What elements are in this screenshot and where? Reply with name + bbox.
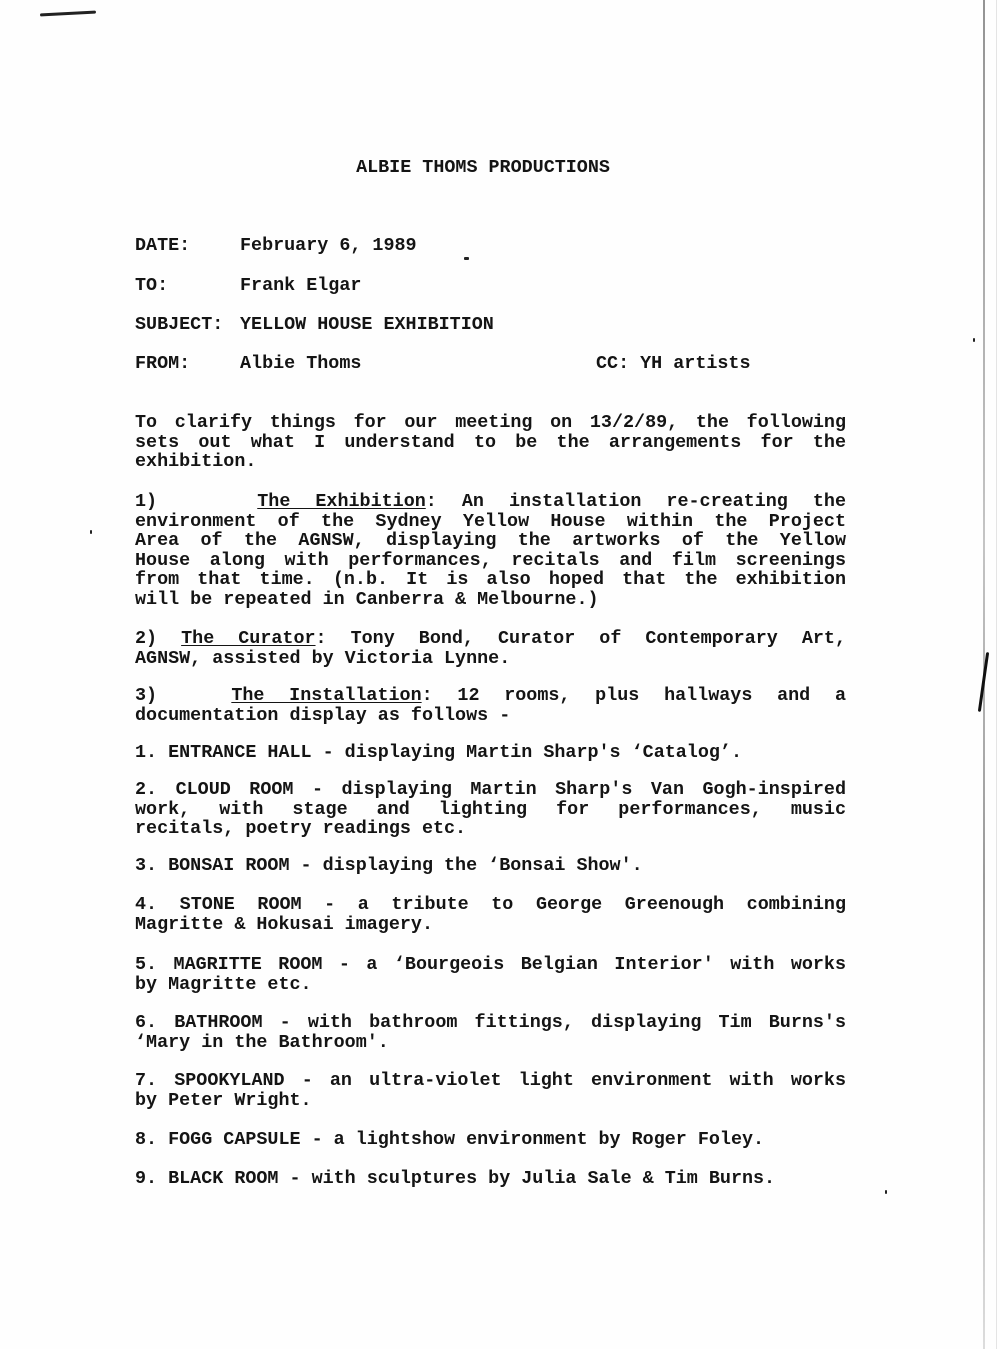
pen-mark [40, 11, 96, 17]
room-item-6: 6. BATHROOM - with bathroom fittings, di… [135, 1013, 846, 1052]
ink-speck [885, 1190, 887, 1194]
room-line: recitals, poetry readings etc. [135, 819, 846, 839]
paragraph-line: sets out what I understand to be the arr… [135, 433, 846, 453]
paragraph-line: exhibition. [135, 452, 846, 472]
room-line: Magritte & Hokusai imagery. [135, 915, 846, 935]
room-line: work, with stage and lighting for perfor… [135, 800, 846, 820]
room-line: 2. CLOUD ROOM - displaying Martin Sharp'… [135, 780, 846, 800]
section-exhibition: 1) The Exhibition: An installation re-cr… [135, 492, 846, 610]
memo-from-row: FROM:Albie Thoms [135, 354, 361, 374]
scan-edge-line [996, 0, 997, 1349]
memo-date-row: DATE:February 6, 1989 [135, 236, 417, 256]
ink-speck [90, 530, 92, 534]
from-value: Albie Thoms [240, 354, 361, 374]
section-number: 3) [135, 685, 157, 706]
room-line: ‘Mary in the Bathroom'. [135, 1033, 846, 1053]
room-item-2: 2. CLOUD ROOM - displaying Martin Sharp'… [135, 780, 846, 839]
section-title: The Installation [231, 685, 421, 706]
section-first-line-text: : 12 rooms, plus hallways and a [422, 685, 846, 706]
section-installation: 3) The Installation: 12 rooms, plus hall… [135, 686, 846, 725]
section-first-line-text: : An installation re-creating the [426, 491, 846, 512]
room-item-1: 1. ENTRANCE HALL - displaying Martin Sha… [135, 743, 846, 763]
room-item-9: 9. BLACK ROOM - with sculptures by Julia… [135, 1169, 846, 1189]
section-first-line-text: : Tony Bond, Curator of Contemporary Art… [316, 628, 846, 649]
memo-subject-row: SUBJECT:YELLOW HOUSE EXHIBITION [135, 315, 494, 335]
date-value: February 6, 1989 [240, 236, 417, 256]
date-label: DATE: [135, 236, 240, 256]
memo-to-row: TO:Frank Elgar [135, 276, 361, 296]
room-line: by Peter Wright. [135, 1091, 846, 1111]
scanned-memo-page: ALBIE THOMS PRODUCTIONS DATE:February 6,… [0, 0, 1000, 1349]
room-line: 8. FOGG CAPSULE - a lightshow environmen… [135, 1130, 846, 1150]
section-number: 1) [135, 491, 157, 512]
letterhead-title: ALBIE THOMS PRODUCTIONS [0, 158, 966, 178]
paragraph-line: Area of the AGNSW, displaying the artwor… [135, 531, 846, 551]
memo-cc: CC: YH artists [596, 354, 751, 374]
paragraph-line: environment of the Sydney Yellow House w… [135, 512, 846, 532]
subject-value: YELLOW HOUSE EXHIBITION [240, 315, 494, 335]
section-title: The Exhibition [257, 491, 426, 512]
from-label: FROM: [135, 354, 240, 374]
room-line: 4. STONE ROOM - a tribute to George Gree… [135, 895, 846, 915]
paragraph-line: To clarify things for our meeting on 13/… [135, 413, 846, 433]
room-item-3: 3. BONSAI ROOM - displaying the ‘Bonsai … [135, 856, 846, 876]
room-line: 7. SPOOKYLAND - an ultra-violet light en… [135, 1071, 846, 1091]
room-line: 3. BONSAI ROOM - displaying the ‘Bonsai … [135, 856, 846, 876]
room-line: 5. MAGRITTE ROOM - a ‘Bourgeois Belgian … [135, 955, 846, 975]
section-number: 2) [135, 628, 157, 649]
subject-label: SUBJECT: [135, 315, 240, 335]
section-curator: 2) The Curator: Tony Bond, Curator of Co… [135, 629, 846, 668]
room-item-4: 4. STONE ROOM - a tribute to George Gree… [135, 895, 846, 934]
ink-speck [464, 257, 469, 260]
intro-paragraph: To clarify things for our meeting on 13/… [135, 413, 846, 472]
room-line: by Magritte etc. [135, 975, 846, 995]
section-first-line: 1) The Exhibition: An installation re-cr… [135, 492, 846, 512]
section-title: The Curator [181, 628, 315, 649]
section-first-line: 3) The Installation: 12 rooms, plus hall… [135, 686, 846, 706]
room-line: 1. ENTRANCE HALL - displaying Martin Sha… [135, 743, 846, 763]
paragraph-line: will be repeated in Canberra & Melbourne… [135, 590, 846, 610]
section-first-line: 2) The Curator: Tony Bond, Curator of Co… [135, 629, 846, 649]
paragraph-line: AGNSW, assisted by Victoria Lynne. [135, 649, 846, 669]
room-line: 6. BATHROOM - with bathroom fittings, di… [135, 1013, 846, 1033]
paragraph-line: documentation display as follows - [135, 706, 846, 726]
paragraph-line: House along with performances, recitals … [135, 551, 846, 571]
to-label: TO: [135, 276, 240, 296]
room-item-8: 8. FOGG CAPSULE - a lightshow environmen… [135, 1130, 846, 1150]
room-item-5: 5. MAGRITTE ROOM - a ‘Bourgeois Belgian … [135, 955, 846, 994]
to-value: Frank Elgar [240, 276, 361, 296]
room-item-7: 7. SPOOKYLAND - an ultra-violet light en… [135, 1071, 846, 1110]
room-line: 9. BLACK ROOM - with sculptures by Julia… [135, 1169, 846, 1189]
ink-speck [973, 338, 975, 342]
paragraph-line: from that time. (n.b. It is also hoped t… [135, 570, 846, 590]
